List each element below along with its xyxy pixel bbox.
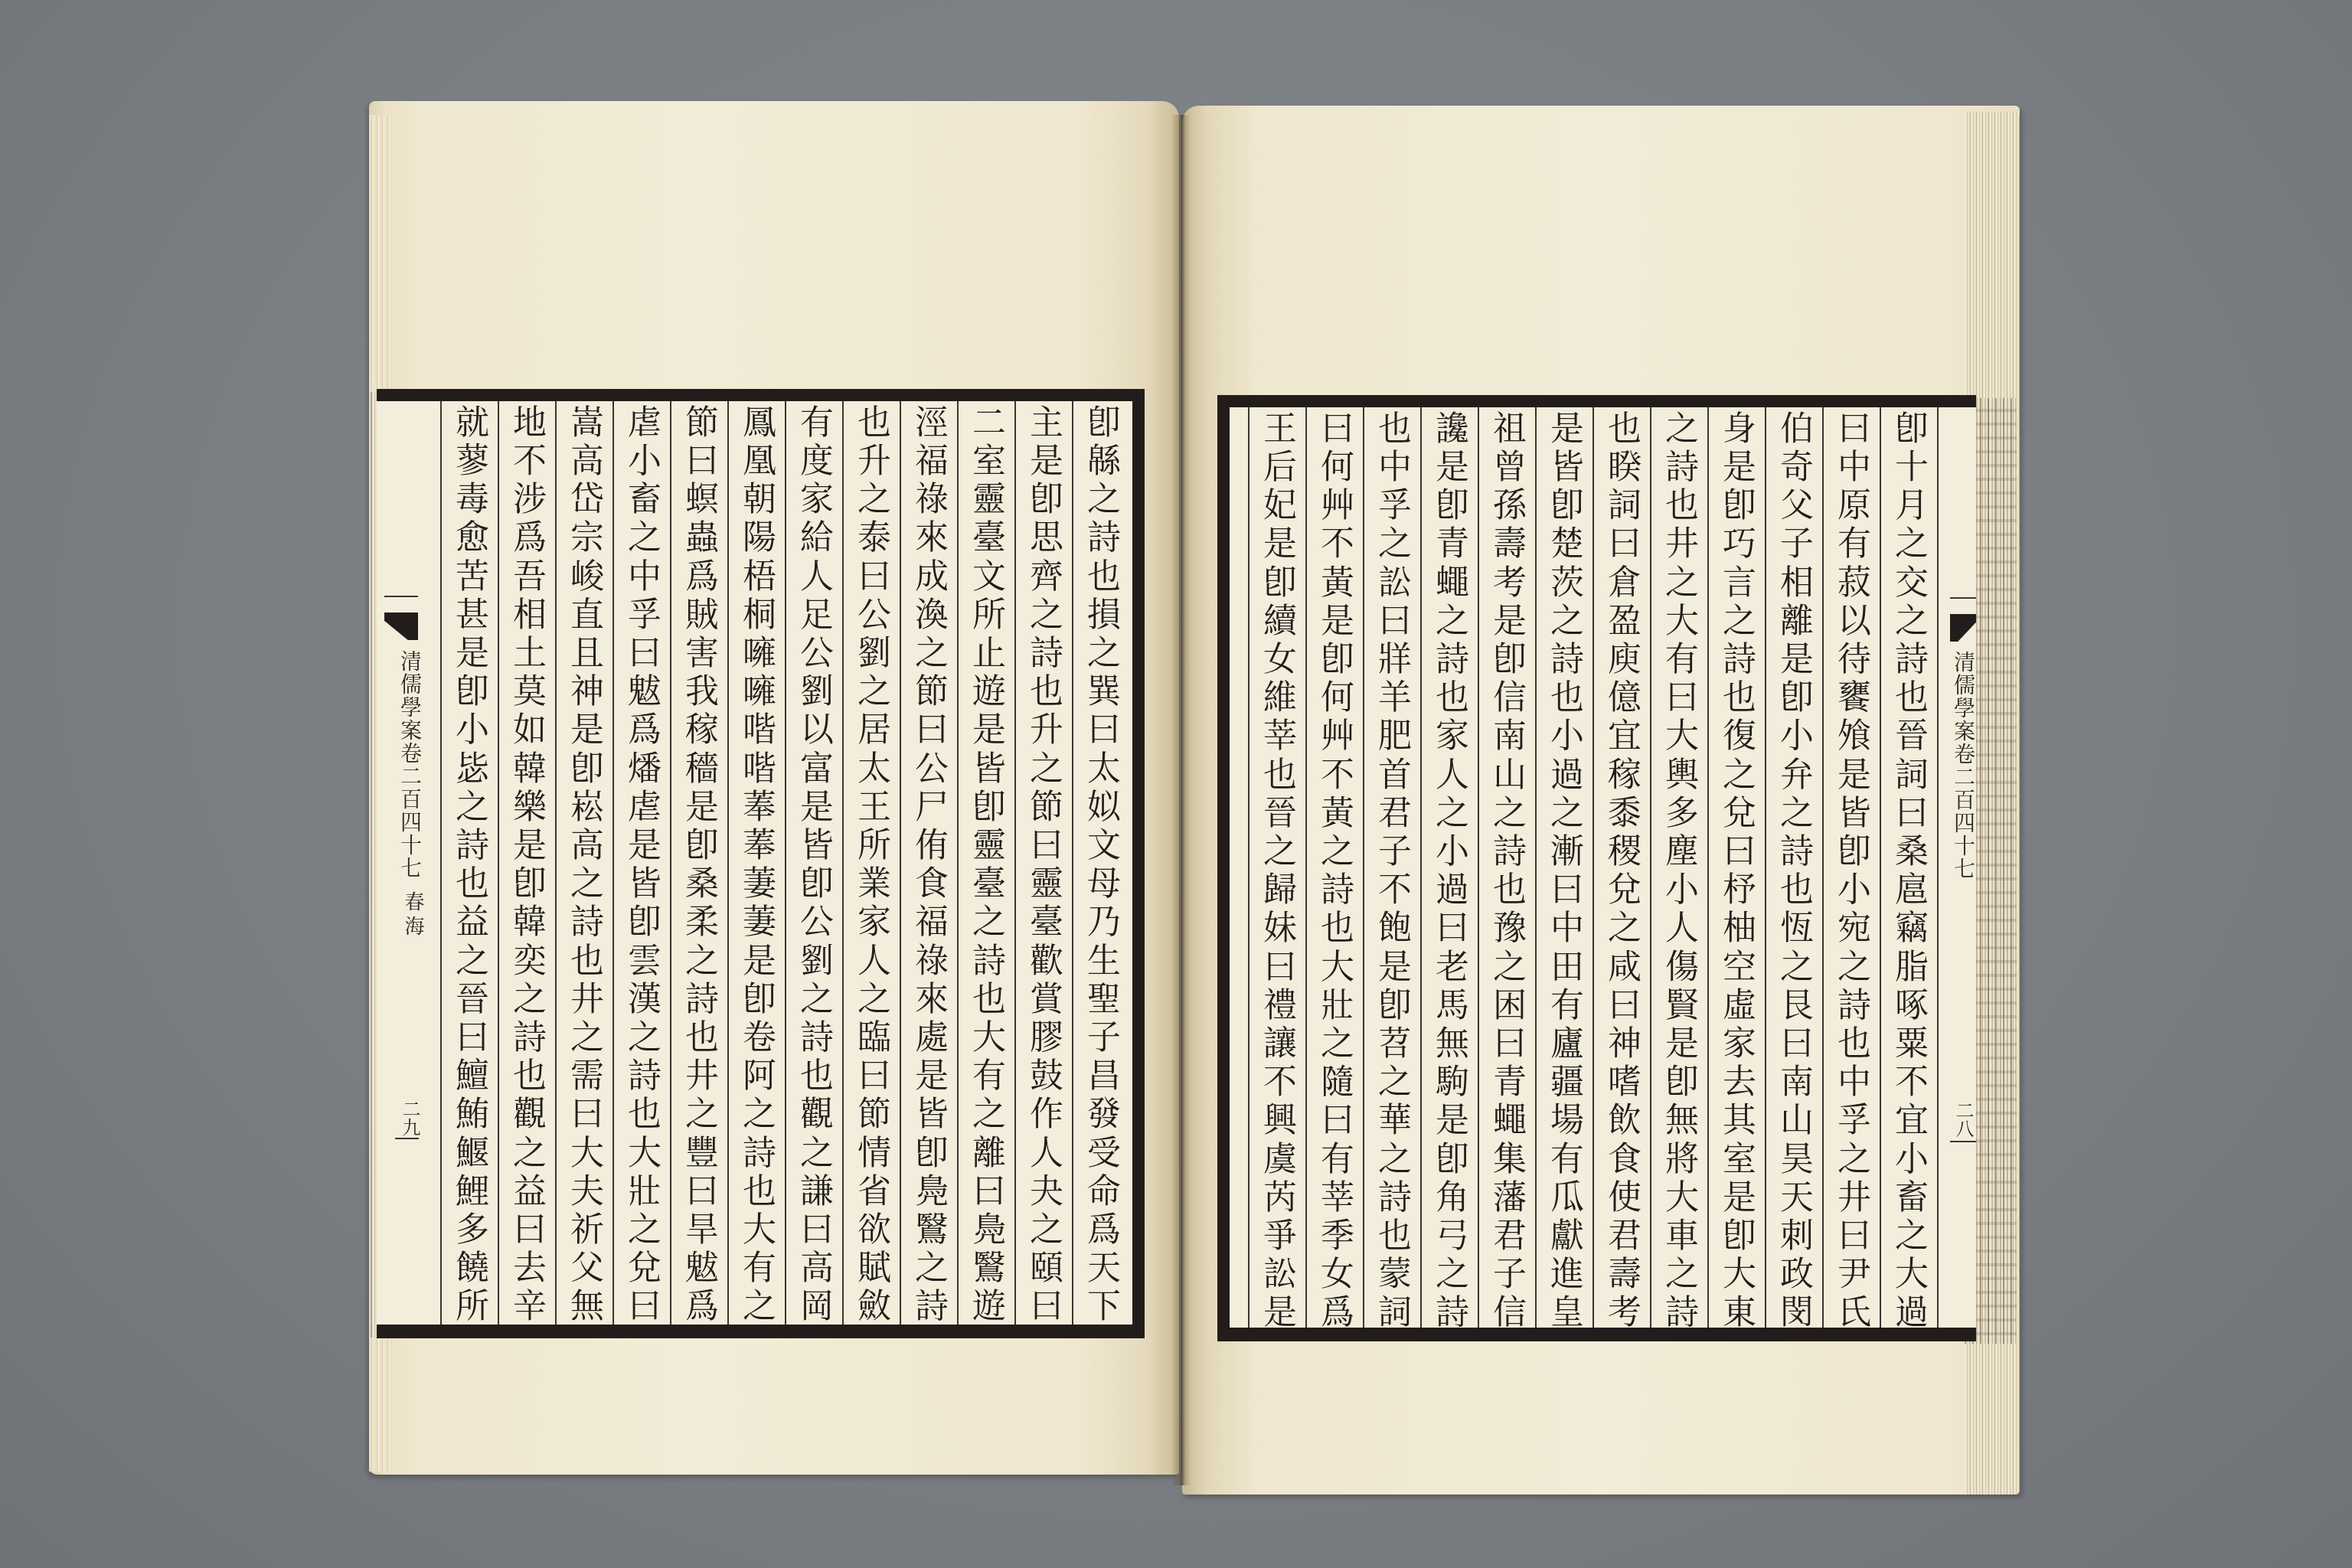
text-column: 嵩高岱宗峻直且神是卽崧高之詩也井之需曰大夫祈父無 <box>555 401 612 1325</box>
text-column: 是皆卽楚茨之詩也小過之漸曰中田有廬疆場有瓜獻進皇 <box>1535 407 1592 1328</box>
banxin-rule <box>1950 1141 1976 1142</box>
banxin-subtitle: 春海 <box>401 891 424 940</box>
text-column: 也中孚之訟曰牂羊肥首君子不飽是卽苕之華之詩也蒙詞 <box>1363 407 1420 1328</box>
text-column: 地不涉爲吾相土莫如韓樂是卽韓奕之詩也觀之益曰去辛 <box>498 401 555 1325</box>
banxin-title: 清儒學案卷二百四十七 <box>1950 651 1976 880</box>
left-page-text-block: 清儒學案卷二百四十七 春海 二九 卽緜之詩也損之巽曰太姒文母乃生聖子昌發受命爲天… <box>377 389 1145 1338</box>
banxin-rule <box>1950 597 1976 599</box>
text-column: 主是卽思齊之詩也升之節曰靈臺歡賞膠鼓作人夬之頤曰 <box>1014 401 1072 1325</box>
banxin-rule <box>395 1138 419 1139</box>
text-column: 卽十月之交之詩也晉詞曰桑扈竊脂啄粟不宜小畜之大過 <box>1880 407 1937 1328</box>
text-column: 讒是卽青蠅之詩也家人之小過曰老馬無駒是卽角弓之詩 <box>1420 407 1478 1328</box>
text-column: 曰何艸不黃是卽何艸不黃之詩也大壯之隨曰有莘季女爲 <box>1305 407 1363 1328</box>
right-page-banxin: 清儒學案卷二百四十七 二八 <box>1949 407 1976 1328</box>
text-column: 之詩也井之大有曰大輿多塵小人傷賢是卽無將大車之詩 <box>1650 407 1707 1328</box>
text-column: 就蓼毒愈苦甚是卽小毖之詩也益之晉曰鱣鮪鰋鯉多饒所 <box>440 401 498 1325</box>
text-column: 二室靈臺文所止遊是皆卽靈臺之詩也大有之離曰鳧鷖遊 <box>957 401 1014 1325</box>
text-column: 有度家給人足公劉以富是皆卽公劉之詩也觀之謙曰高岡 <box>785 401 842 1325</box>
banxin-title: 清儒學案卷二百四十七 <box>397 650 423 880</box>
right-page-columns: 卽十月之交之詩也晉詞曰桑扈竊脂啄粟不宜小畜之大過 曰中原有菽以待饔飧是皆卽小宛之… <box>1230 407 1939 1328</box>
text-column: 伯奇父子相離是卽小弁之詩也恆之艮曰南山昊天刺政閔 <box>1765 407 1822 1328</box>
text-column: 節曰螟蟲爲賊害我稼穡是卽桑柔之詩也井之豐曰旱魃爲 <box>670 401 727 1325</box>
text-column: 卽緜之詩也損之巽曰太姒文母乃生聖子昌發受命爲天下 <box>1072 401 1129 1325</box>
text-column: 曰中原有菽以待饔飧是皆卽小宛之詩也中孚之井曰尹氏 <box>1822 407 1880 1328</box>
fishtail-mark-icon <box>1950 614 1976 642</box>
text-column: 祖曾孫壽考是卽信南山之詩也豫之困曰青蠅集藩君子信 <box>1478 407 1535 1328</box>
page-number: 二八 <box>1952 1101 1975 1138</box>
text-column: 身是卽巧言之詩也復之兌曰杼柚空虛家去其室是卽大東 <box>1707 407 1765 1328</box>
banxin-rule <box>384 596 418 597</box>
text-column: 也睽詞曰倉盈庾億宜稼黍稷兌之咸曰神嗜飲食使君壽考 <box>1592 407 1650 1328</box>
text-column: 虐小畜之中孚曰魃爲燔虐是皆卽雲漢之詩也大壯之兌曰 <box>612 401 670 1325</box>
text-column: 也升之泰曰公劉之居太王所業家人之臨曰節情省欲賦斂 <box>842 401 900 1325</box>
left-page-columns: 卽緜之詩也損之巽曰太姒文母乃生聖子昌發受命爲天下 主是卽思齊之詩也升之節曰靈臺歡… <box>422 401 1129 1325</box>
page-number: 二九 <box>398 1099 421 1136</box>
text-column: 王后妃是卽續女維莘也晉之歸妹曰禮讓不興虞芮爭訟是 <box>1248 407 1305 1328</box>
text-column: 涇福祿來成渙之節曰公尸侑食福祿來處是皆卽鳧鷖之詩 <box>900 401 957 1325</box>
left-page-banxin: 清儒學案卷二百四十七 春海 二九 <box>377 401 419 1325</box>
fishtail-mark-icon <box>384 612 418 640</box>
book-gutter <box>1171 115 1191 1485</box>
right-page-text-block: 卽十月之交之詩也晉詞曰桑扈竊脂啄粟不宜小畜之大過 曰中原有菽以待饔飧是皆卽小宛之… <box>1217 395 1976 1341</box>
text-column: 鳳凰朝陽梧桐噰噰喈喈菶菶萋萋是卽卷阿之詩也大有之 <box>727 401 785 1325</box>
